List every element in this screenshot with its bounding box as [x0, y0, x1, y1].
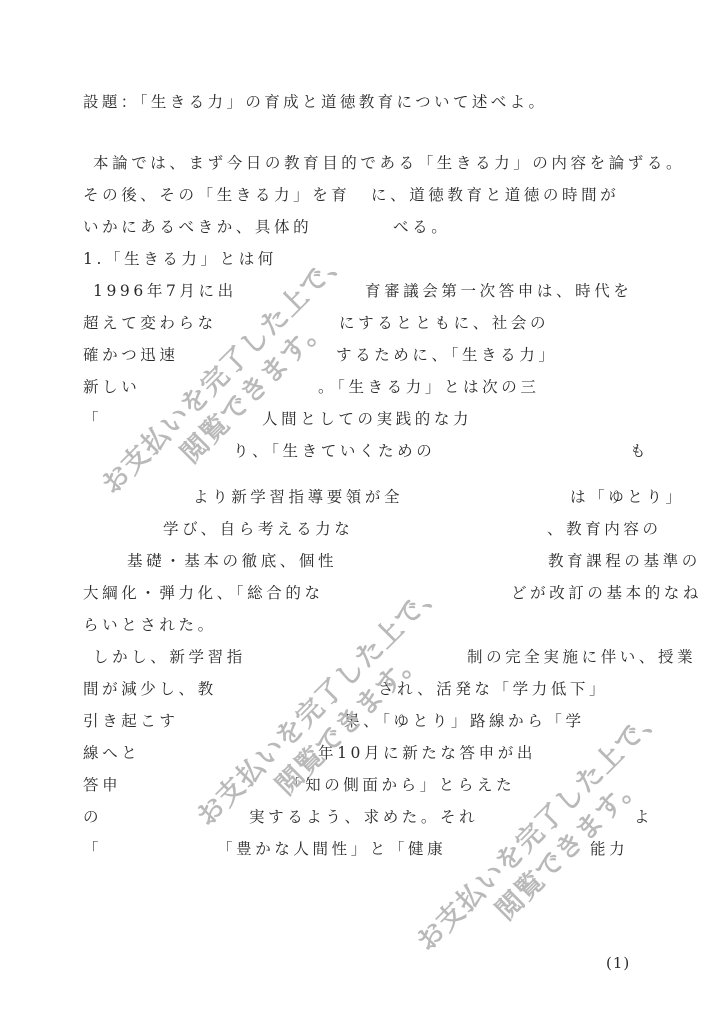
document-line: 本論では、まず今日の教育目的である「生きる力」の内容を論ずる。 [0, 151, 724, 175]
text-fragment: も [630, 439, 649, 463]
text-fragment: にするとともに、社会の [339, 311, 549, 335]
text-fragment: しかし、新学習指 [93, 645, 246, 669]
text-fragment: 、教育内容の [547, 517, 662, 541]
text-fragment: 「知の側面から」とらえた [286, 773, 515, 797]
text-fragment: 1996年7月に出 [93, 279, 237, 303]
text-fragment: どが改訂の基本的なね [511, 581, 702, 605]
document-line: 新しい。「生きる力」とは次の三 [0, 375, 724, 399]
page-number: (1) [606, 954, 630, 972]
document-line: 学び、自ら考える力な、教育内容の [0, 517, 724, 541]
document-page: 設題：「生きる力」の育成と道徳教育について述べよ。 本論では、まず今日の教育目的… [0, 0, 724, 1024]
text-fragment: 能力 [590, 837, 628, 861]
document-line: の実するよう、求めた。それよ [0, 805, 724, 829]
document-line: いかにあるべきか、具体的べる。 [0, 215, 724, 239]
text-fragment: 実するよう、求めた。それ [249, 805, 478, 829]
text-fragment: り、「生きていくための [233, 439, 435, 463]
text-fragment: 年10月に新たな答申が出 [318, 741, 536, 765]
document-line: より新学習指導要領が全は「ゆとり」 [0, 485, 724, 509]
text-fragment: 人間としての実践的な力 [262, 407, 472, 431]
text-fragment: 1.「生きる力」とは何 [83, 247, 277, 271]
text-fragment: 大綱化・弾力化、「総合的な [83, 581, 324, 605]
document-line: らいとされた。 [0, 613, 724, 637]
text-fragment: に、道徳教育と道徳の時間が [371, 183, 619, 207]
document-line: 1996年7月に出育審議会第一次答申は、時代を [0, 279, 724, 303]
text-fragment: 「豊かな人間性」と「健康 [217, 837, 446, 861]
document-line: り、「生きていくためのも [0, 439, 724, 463]
text-fragment: 学び、自ら考える力な [163, 517, 353, 541]
text-fragment: 新しい [83, 375, 140, 399]
text-fragment: 超えて変わらな [83, 311, 217, 335]
document-line: 「「豊かな人間性」と「健康能力 [0, 837, 724, 861]
text-fragment: 制の完全実施に伴い、授業 [467, 645, 696, 669]
text-fragment: 果、「ゆとり」路線から「学 [344, 709, 585, 733]
text-fragment: 育審議会第一次答申は、時代を [365, 279, 632, 303]
text-fragment: 「 [83, 837, 102, 861]
document-line: 超えて変わらなにするとともに、社会の [0, 311, 724, 335]
text-fragment: より新学習指導要領が全 [193, 485, 403, 509]
document-line: 「人間としての実践的な力 [0, 407, 724, 431]
document-title: 設題：「生きる力」の育成と道徳教育について述べよ。 [83, 90, 547, 114]
document-line: 線へと年10月に新たな答申が出 [0, 741, 724, 765]
document-line: しかし、新学習指制の完全実施に伴い、授業 [0, 645, 724, 669]
text-fragment: 。「生きる力」とは次の三 [318, 375, 539, 399]
document-line: 基礎・基本の徹底、個性教育課程の基準の [0, 549, 724, 573]
text-fragment: よ [634, 805, 653, 829]
document-line: その後、その「生きる力」を育に、道徳教育と道徳の時間が [0, 183, 724, 207]
text-fragment: 確かつ迅速 [83, 343, 179, 367]
text-fragment: され、活発な「学力低下」 [378, 677, 608, 701]
text-fragment: 基礎・基本の徹底、個性 [127, 549, 337, 573]
text-fragment: 本論では、まず今日の教育目的である「生きる力」の内容を論ずる。 [93, 151, 685, 175]
document-line: 間が減少し、教され、活発な「学力低下」 [0, 677, 724, 701]
text-fragment: 「 [83, 407, 102, 431]
text-fragment: 線へと [83, 741, 140, 765]
text-fragment: 引き起こす [83, 709, 179, 733]
text-fragment: いかにあるべきか、具体的 [83, 215, 312, 239]
text-fragment: は「ゆとり」 [570, 485, 685, 509]
document-line: 1.「生きる力」とは何 [0, 247, 724, 271]
document-line: 確かつ迅速するために、「生きる力」 [0, 343, 724, 367]
text-fragment: らいとされた。 [83, 613, 217, 637]
text-fragment: するために、「生きる力」 [336, 343, 557, 367]
document-line: 引き起こす果、「ゆとり」路線から「学 [0, 709, 724, 733]
text-fragment: の [83, 805, 102, 829]
text-fragment: 教育課程の基準の [548, 549, 701, 573]
document-title-line: 設題：「生きる力」の育成と道徳教育について述べよ。 [0, 90, 724, 114]
document-line: 大綱化・弾力化、「総合的などが改訂の基本的なね [0, 581, 724, 605]
text-fragment: べる。 [393, 215, 450, 239]
text-fragment: その後、その「生きる力」を育 [83, 183, 350, 207]
text-fragment: 答申 [83, 773, 121, 797]
text-fragment: 間が減少し、教 [83, 677, 217, 701]
document-line: 答申「知の側面から」とらえた [0, 773, 724, 797]
